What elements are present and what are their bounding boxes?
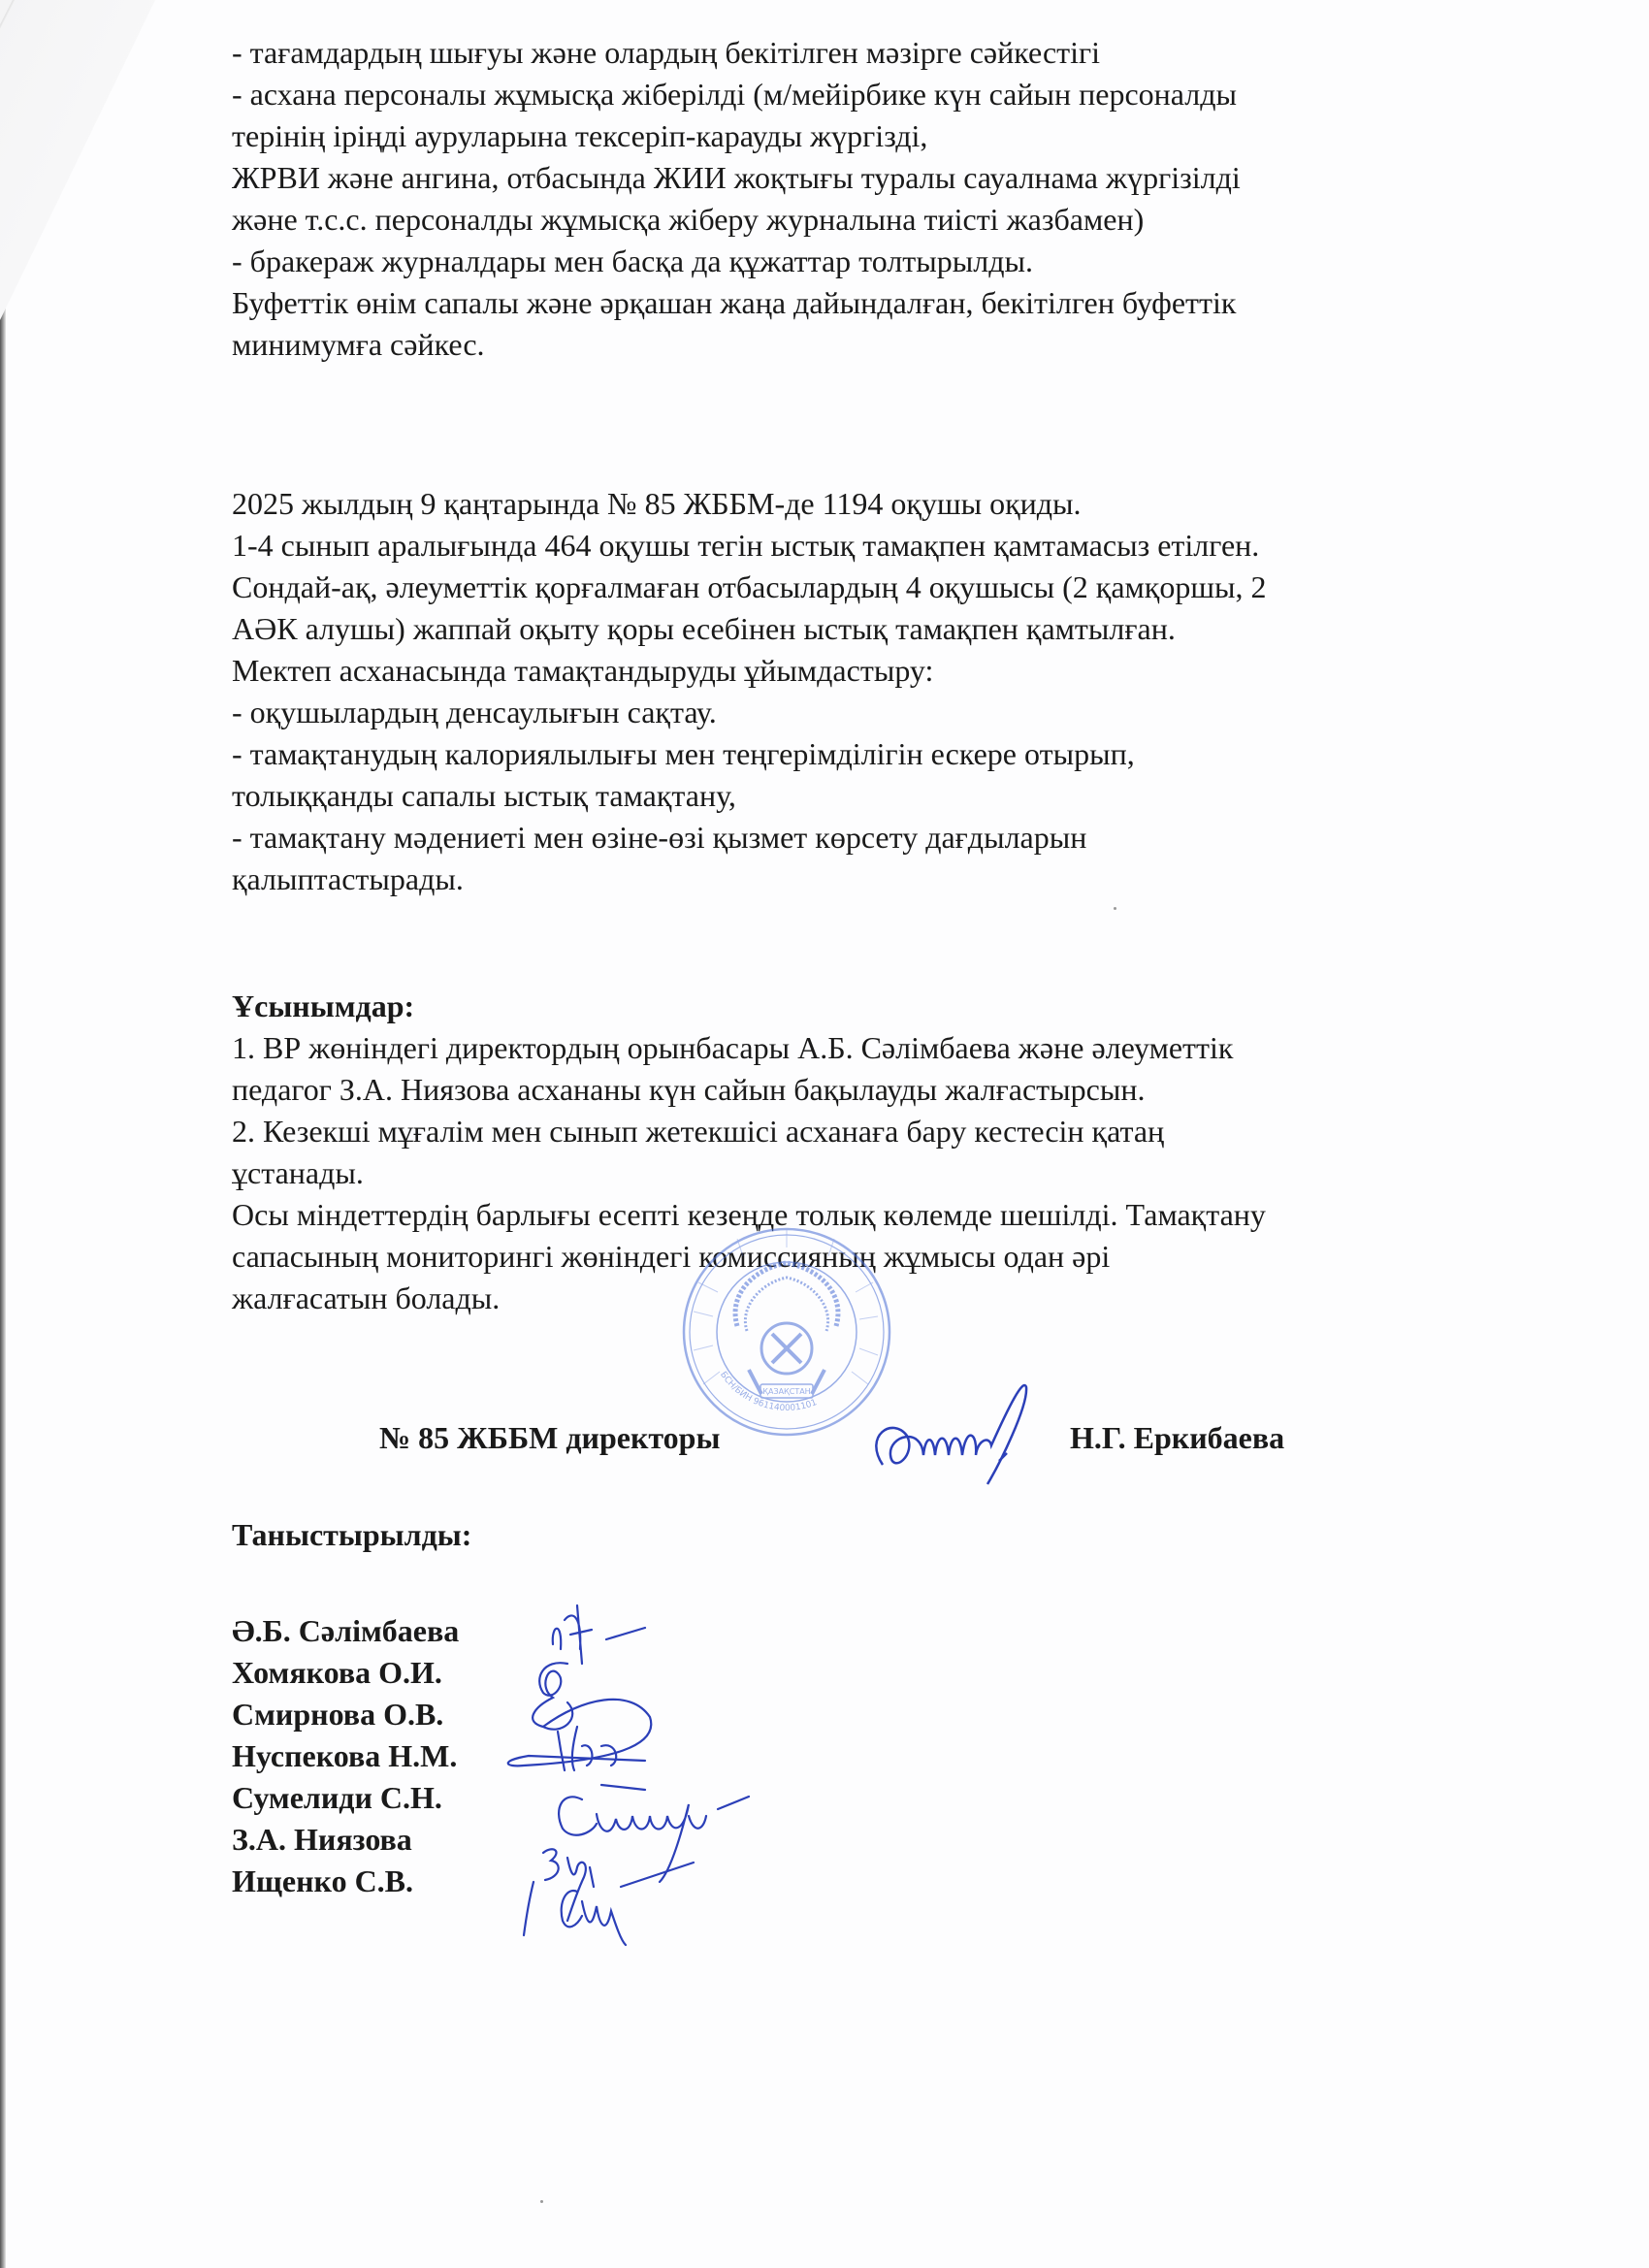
folded-corner — [0, 0, 155, 320]
body-section-statistics: 2025 жылдың 9 қаңтарында № 85 ЖББМ-де 11… — [232, 483, 1522, 900]
text-line: толыққанды сапалы ыстық тамақтану, — [232, 775, 1522, 817]
text-line: - тамақтанудың калориялылығы мен теңгері… — [232, 733, 1522, 775]
recommendation-line: педагог З.А. Ниязова асхананы күн сайын … — [232, 1069, 1522, 1111]
acknowledged-name: Ищенко С.В. — [232, 1861, 459, 1902]
text-line: терінің іріңді ауруларына тексеріп-карау… — [232, 115, 1522, 157]
text-line: - бракераж журналдары мен басқа да құжат… — [232, 241, 1522, 282]
recommendations-heading: Ұсынымдар: — [232, 986, 1522, 1027]
text-line: 1-4 сынып аралығында 464 оқушы тегін ыст… — [232, 525, 1522, 567]
director-signature-row: № 85 ЖББМ директоры Н.Г. Еркибаева — [0, 1416, 1649, 1459]
text-line: - асхана персоналы жұмысқа жіберілді (м/… — [232, 74, 1522, 115]
svg-text:ҚАЗАҚСТАН: ҚАЗАҚСТАН — [762, 1387, 810, 1396]
acknowledged-name: З.А. Ниязова — [232, 1819, 459, 1861]
text-line: қалыптастырады. — [232, 859, 1522, 900]
text-line: - тағамдардың шығуы және олардың бекітіл… — [232, 32, 1522, 74]
scan-left-edge — [0, 0, 6, 2268]
acknowledged-heading: Таныстырылды: — [232, 1513, 471, 1556]
text-line: ЖРВИ және ангина, отбасында ЖИИ жоқтығы … — [232, 157, 1522, 199]
acknowledged-name: Смирнова О.В. — [232, 1694, 459, 1735]
acknowledged-name: Нуспекова Н.М. — [232, 1735, 459, 1777]
director-signature-icon — [863, 1377, 1057, 1504]
recommendation-line: 2. Кезекші мұғалім мен сынып жетекшісі а… — [232, 1111, 1522, 1152]
recommendation-line: 1. ВР жөніндегі директордың орынбасары А… — [232, 1027, 1522, 1069]
acknowledgement-signatures-icon — [485, 1591, 931, 1960]
text-line: 2025 жылдың 9 қаңтарында № 85 ЖББМ-де 11… — [232, 483, 1522, 525]
text-line: АӘК алушы) жаппай оқыту қоры есебінен ыс… — [232, 608, 1522, 650]
body-section-procedures: - тағамдардың шығуы және олардың бекітіл… — [232, 32, 1522, 366]
recommendation-line: ұстанады. — [232, 1152, 1522, 1194]
text-line: Мектеп асханасында тамақтандыруды ұйымда… — [232, 650, 1522, 692]
text-line: минимумға сәйкес. — [232, 324, 1522, 366]
official-stamp-icon: ҚАЗАҚСТАН БСН/БИН 961140001101 — [679, 1224, 894, 1440]
scan-speck — [540, 2200, 543, 2203]
scan-speck — [1114, 907, 1116, 910]
acknowledged-name: Ә.Б. Сәлімбаева — [232, 1610, 459, 1652]
director-title: № 85 ЖББМ директоры — [379, 1416, 720, 1459]
text-line: - оқушылардың денсаулығын сақтау. — [232, 692, 1522, 733]
text-line: - тамақтану мәдениеті мен өзіне-өзі қызм… — [232, 817, 1522, 859]
acknowledged-list: Ә.Б. Сәлімбаева Хомякова О.И. Смирнова О… — [232, 1610, 459, 1902]
acknowledged-name: Сумелиди С.Н. — [232, 1777, 459, 1819]
text-line: Сондай-ақ, әлеуметтік қорғалмаған отбасы… — [232, 567, 1522, 608]
director-name: Н.Г. Еркибаева — [1070, 1416, 1284, 1459]
text-line: Буфеттік өнім сапалы және әрқашан жаңа д… — [232, 282, 1522, 324]
text-line: және т.с.с. персоналды жұмысқа жіберу жу… — [232, 199, 1522, 241]
acknowledged-name: Хомякова О.И. — [232, 1652, 459, 1694]
